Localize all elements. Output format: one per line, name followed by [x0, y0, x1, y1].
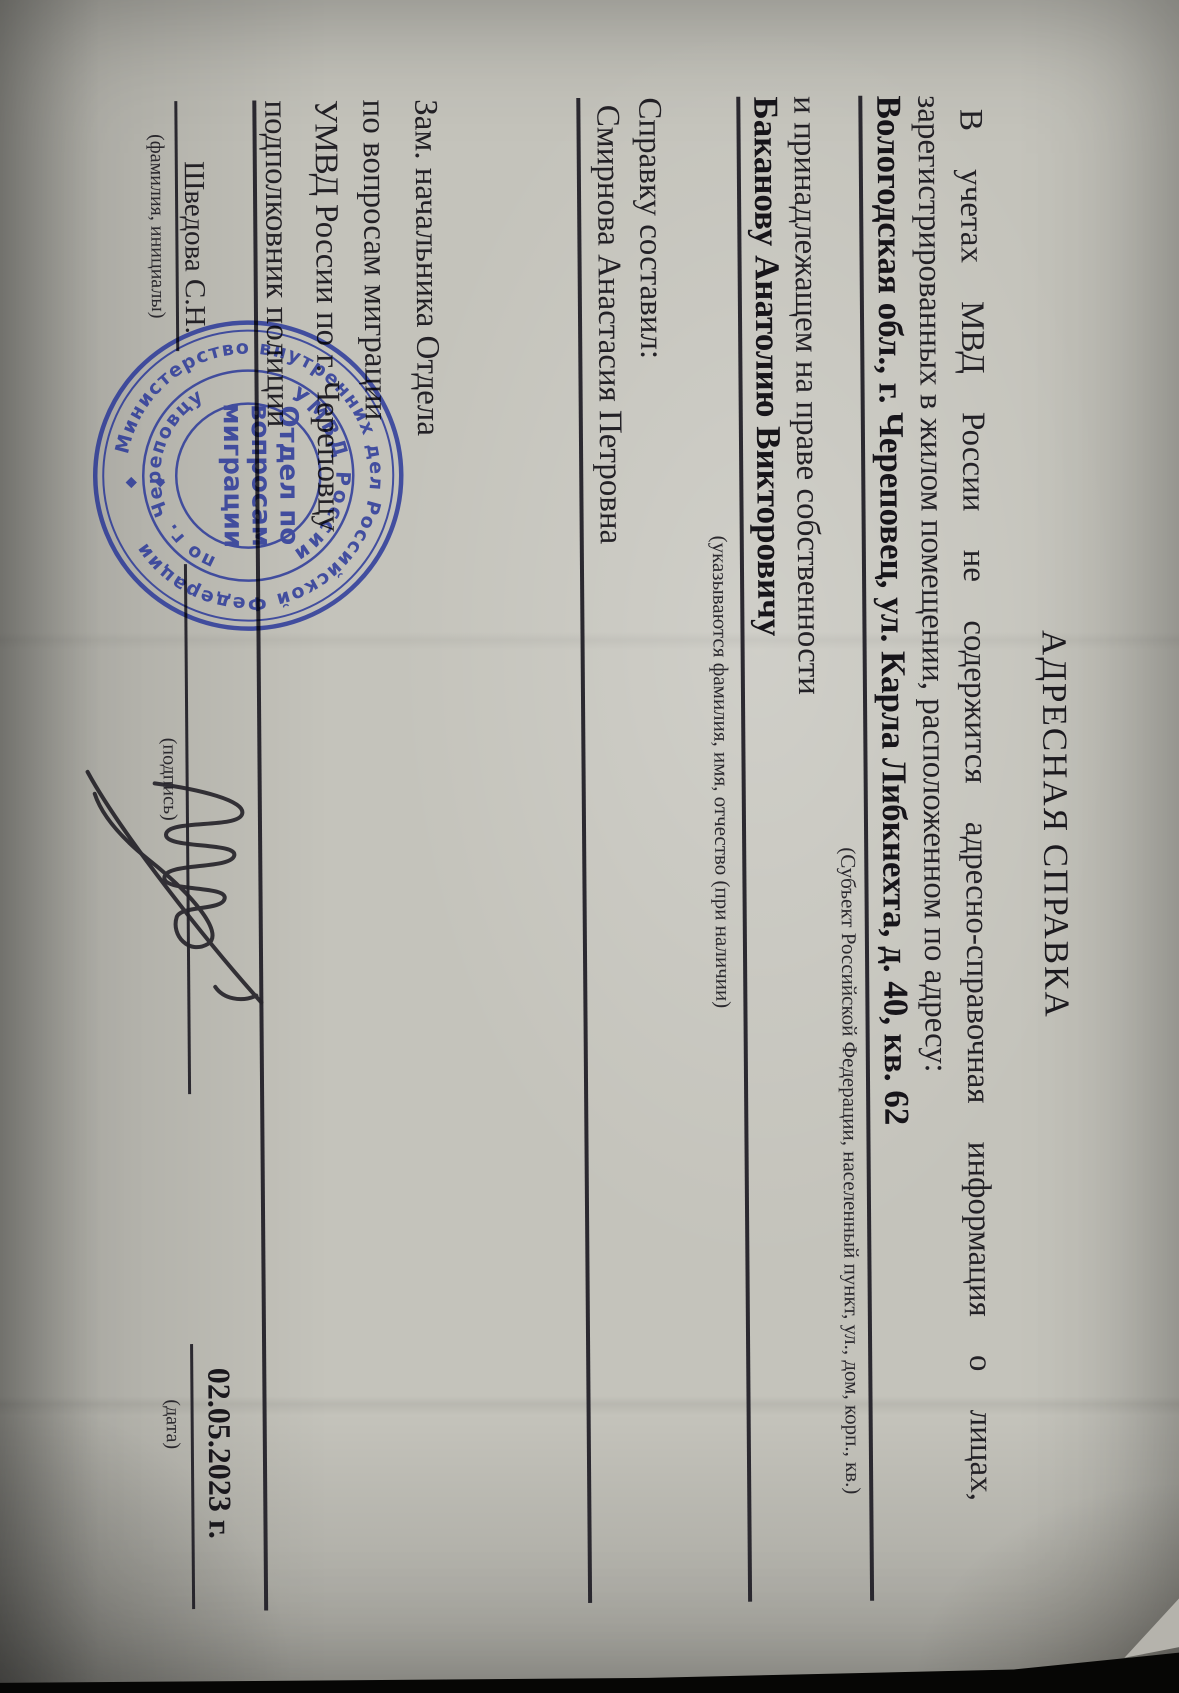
body-text-line-2: зарегистрированных в жилом помещении, ра…	[909, 95, 954, 1073]
handwritten-signature-icon	[74, 740, 311, 1042]
prepared-by-name: Смирнова Анастасия Петровна	[588, 105, 628, 545]
date-underline	[190, 1344, 195, 1609]
body-text-line-1: В учетах МВД России не содержится адресн…	[951, 95, 999, 1501]
address-caption: (Субъект Российской Федерации, населенны…	[835, 761, 866, 1581]
stamp-center-line-1: Отдел по	[273, 405, 304, 545]
official-round-stamp-icon: Министерство внутренних дел Российской Ф…	[67, 294, 430, 657]
address-value: Вологодская обл., г. Череповец, ул. Карл…	[868, 95, 916, 1125]
owner-name-caption: (указываются фамилия, имя, отчество (при…	[705, 302, 737, 1242]
document-content: АДРЕСНАЯ СПРАВКА В учетах МВД России не …	[0, 0, 1179, 1693]
photographed-document: АДРЕСНАЯ СПРАВКА В учетах МВД России не …	[0, 0, 1179, 1693]
date-value: 02.05.2023 г.	[200, 1368, 238, 1539]
date-caption: (дата)	[160, 1344, 184, 1504]
owner-name: Баканову Анатолию Викторовичу	[745, 96, 789, 636]
prepared-by-label: Справку составил:	[630, 97, 669, 359]
stamp-center-line-2: вопросам	[245, 404, 276, 547]
document-title: АДРЕСНАЯ СПРАВКА	[1029, 0, 1082, 1649]
document-page: АДРЕСНАЯ СПРАВКА В учетах МВД России не …	[0, 0, 1179, 1693]
ownership-text: и принадлежащем на праве собственности	[785, 96, 827, 695]
stamp-center-line-3: миграции	[217, 403, 248, 548]
stamp-separator-diamond	[126, 477, 137, 488]
